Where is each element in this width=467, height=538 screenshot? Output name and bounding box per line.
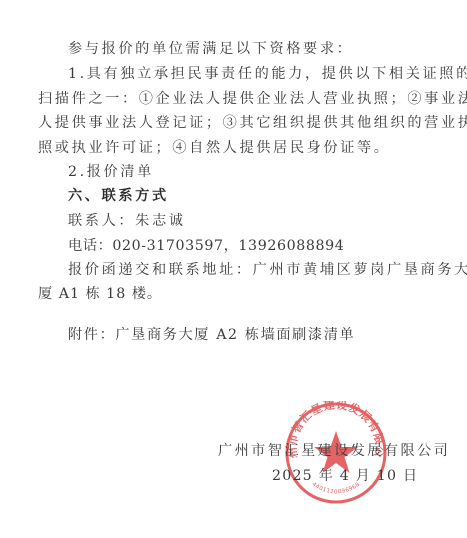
section-heading-contact: 六、联系方式 <box>68 187 169 205</box>
signature-company: 广州市智汇星建设发展有限公司 <box>218 442 450 460</box>
qualification-item-1: 1.具有独立承担民事责任的能力，提供以下相关证照的 <box>68 65 467 83</box>
qualification-item-1-cont-3: 照或执业许可证；④自然人提供居民身份证等。 <box>38 139 391 157</box>
contact-phone: 电话：020-31703597，13926088894 <box>68 237 344 255</box>
attachment-note: 附件：广垦商务大厦 A2 栋墙面刷漆清单 <box>68 326 355 344</box>
qualification-intro: 参与报价的单位需满足以下资格要求： <box>68 40 353 58</box>
signature-date: 2025 年 4 月 10 日 <box>272 467 418 485</box>
qualification-item-2: 2.报价清单 <box>68 163 154 181</box>
contact-person: 联系人：朱志诚 <box>68 212 186 230</box>
contact-address: 报价函递交和联系地址：广州市黄埔区萝岗广垦商务大 <box>68 261 467 279</box>
contact-address-cont: 厦 A1 栋 18 楼。 <box>38 285 162 303</box>
qualification-item-1-cont-1: 扫描件之一：①企业法人提供企业法人营业执照；②事业法 <box>38 90 467 108</box>
qualification-item-1-cont-2: 人提供事业法人登记证；③其它组织提供其他组织的营业执 <box>38 114 467 132</box>
